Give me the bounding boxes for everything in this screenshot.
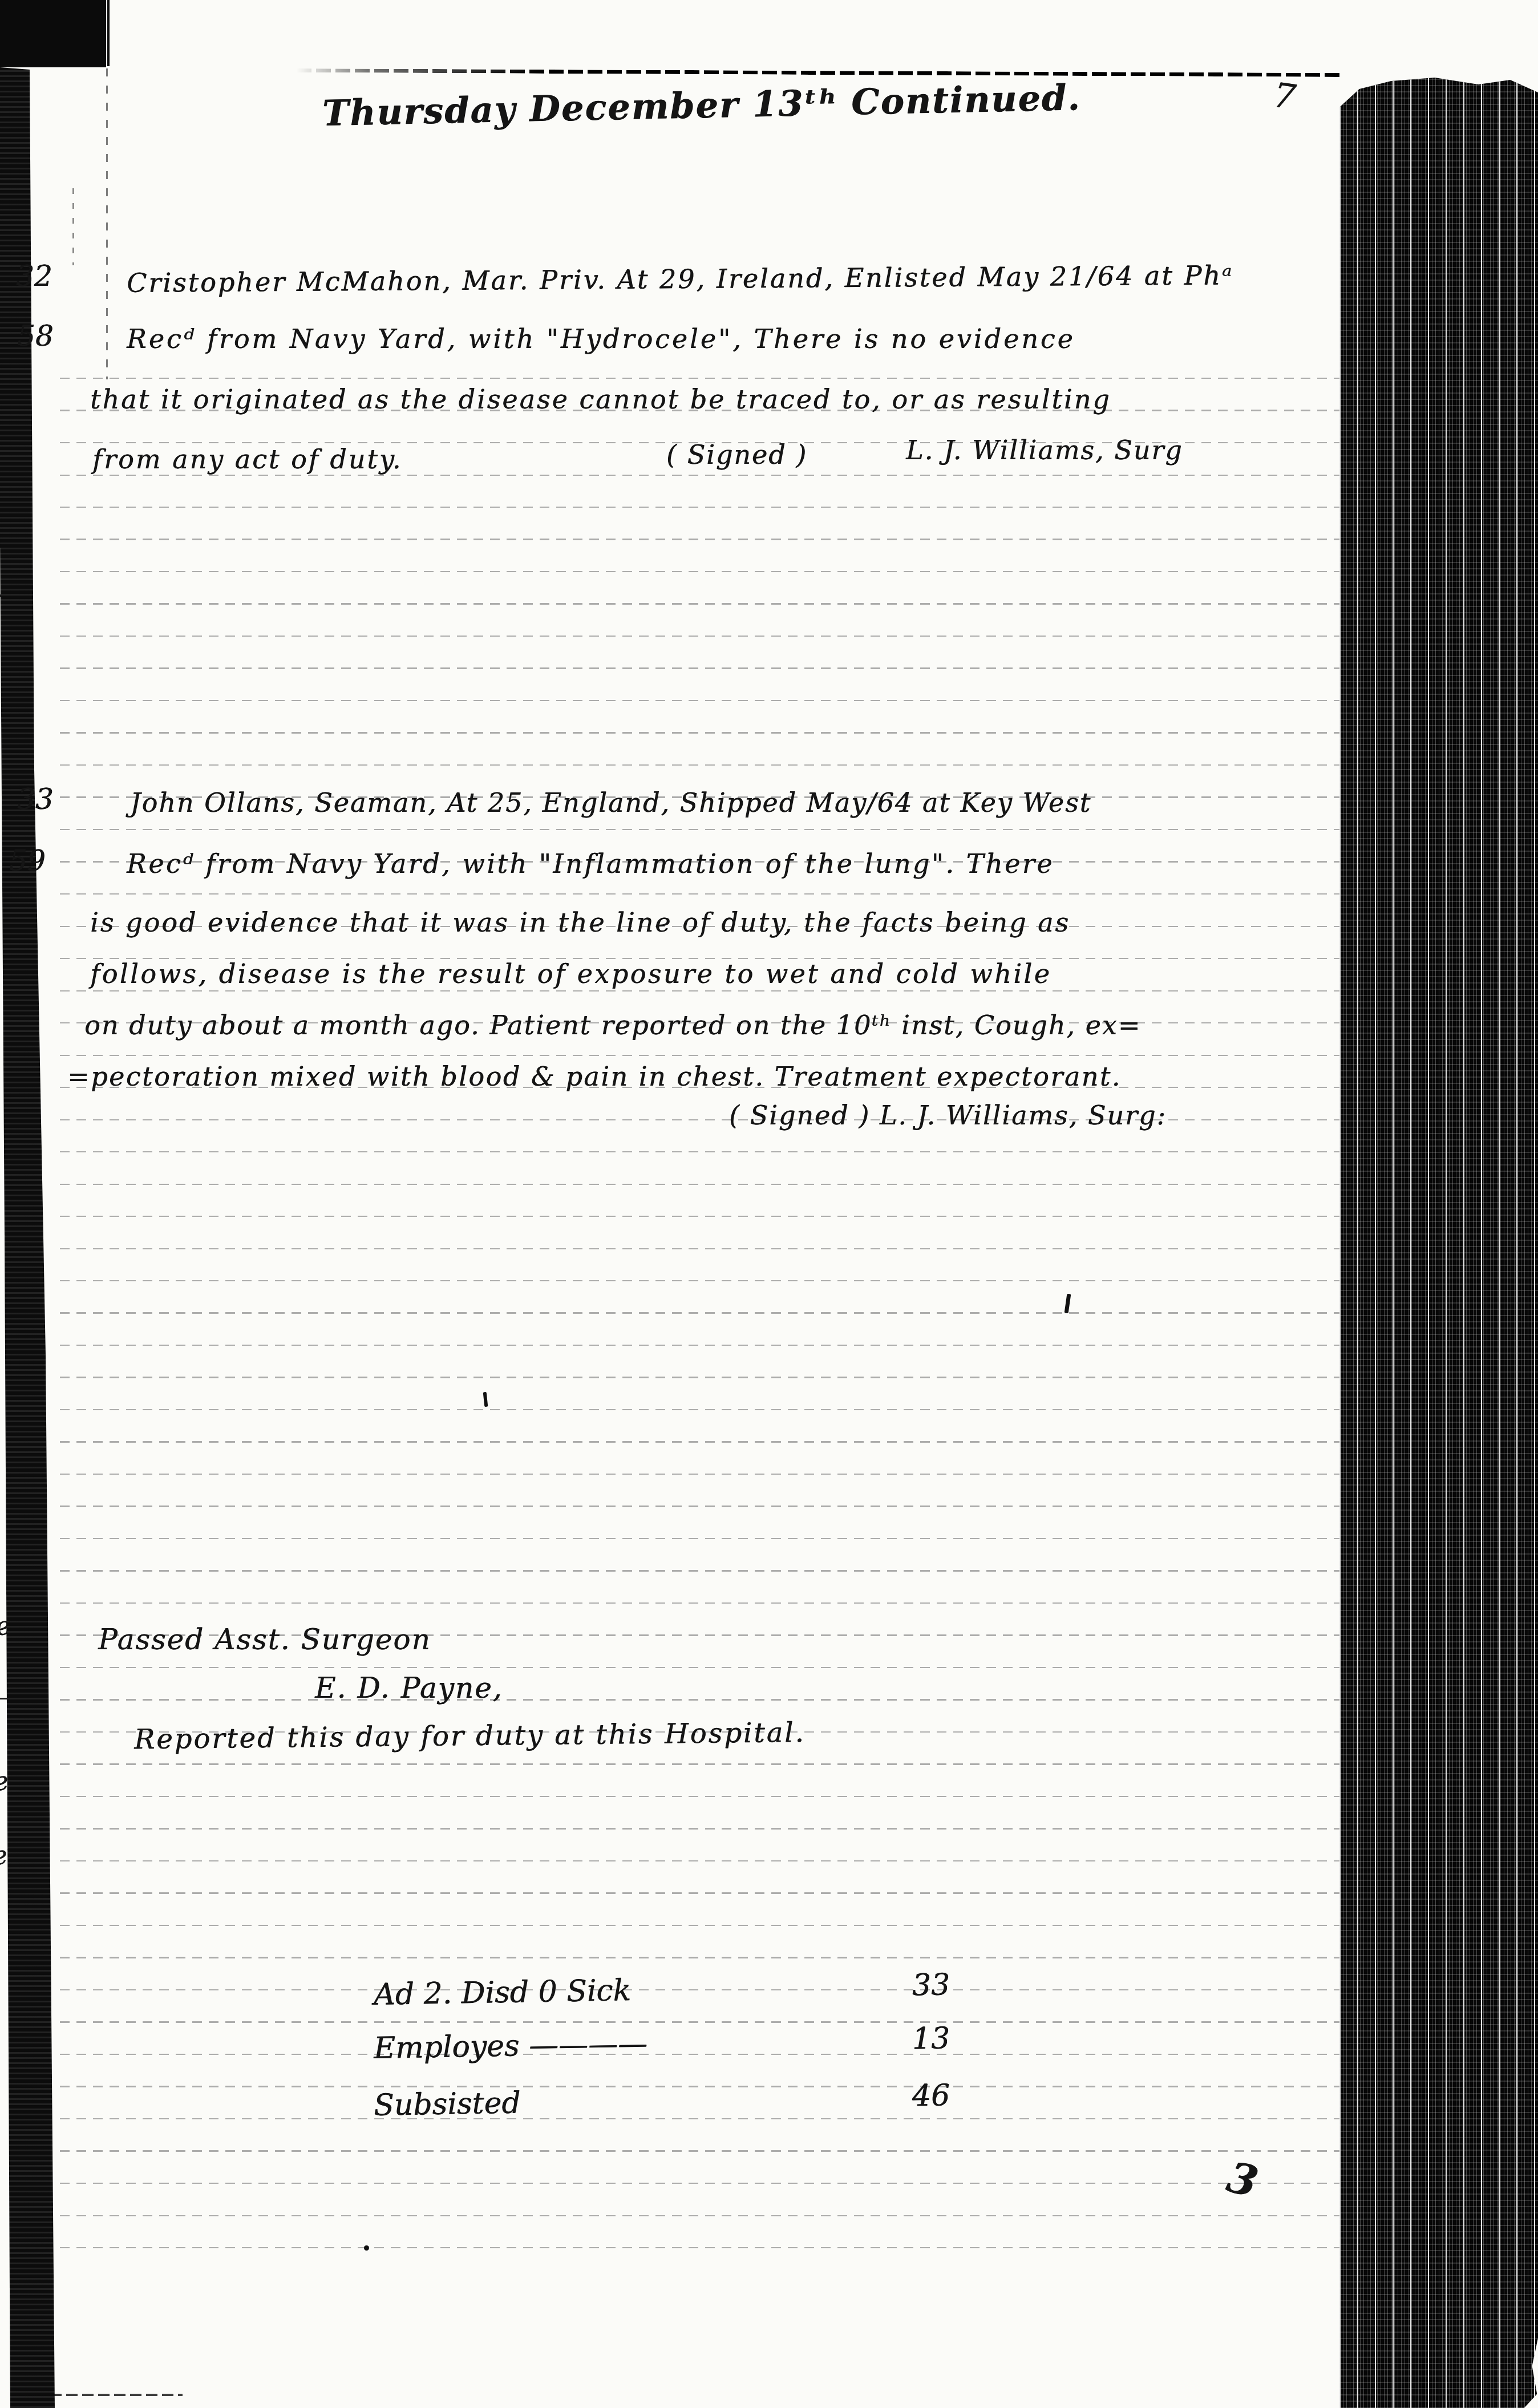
page-top-edge: [297, 68, 1341, 77]
entry-1-line-3: that it originated as the disease cannot…: [90, 384, 1111, 415]
entry-2-line-3: is good evidence that it was in the line…: [90, 907, 1070, 938]
entry-1-ledger-number: 58: [17, 319, 54, 353]
scanned-ledger-page: Thursday December 13ᵗʰ Continued. 7 32 5…: [0, 0, 1538, 2408]
totals-row-1-value: 33: [912, 1968, 950, 2002]
margin-rule-line: [106, 68, 108, 379]
scan-corner-line: [107, 0, 110, 66]
totals-row-2-label: Employes ————: [374, 2026, 648, 2065]
entry-2-case-number: 33: [17, 783, 54, 816]
margin-rule-line-short: [72, 188, 74, 265]
entry-2-signature-line: ( Signed ) L. J. Williams, Surg:: [729, 1100, 1167, 1131]
entry-2-line-1: John Ollans, Seaman, At 25, England, Shi…: [130, 787, 1091, 818]
book-fore-edge-pages: [1339, 78, 1538, 2408]
entry-2-line-5: on duty about a month ago. Patient repor…: [84, 1010, 1141, 1041]
scan-corner-shadow: [0, 0, 106, 67]
totals-row-3-value: 46: [912, 2078, 950, 2113]
page-number: 7: [1270, 75, 1298, 118]
totals-row-3-label: Subsisted: [374, 2086, 521, 2122]
entry-2-line-6: =pectoration mixed with blood & pain in …: [67, 1061, 1122, 1092]
totals-row-2-value: 13: [912, 2021, 950, 2056]
page-bottom-edge: [34, 2394, 183, 2396]
note-line-2: E. D. Payne,: [315, 1672, 503, 1705]
book-binding-shadow: [0, 67, 55, 2408]
entry-1-signature: L. J. Williams, Surg: [906, 435, 1183, 466]
page-heading-date: Thursday December 13ᵗʰ Continued.: [322, 76, 1081, 134]
entry-1-line-1: Cristopher McMahon, Mar. Priv. At 29, Ir…: [127, 260, 1233, 298]
note-line-1: Passed Asst. Surgeon: [98, 1623, 431, 1656]
entry-1-signed-label: ( Signed ): [666, 439, 807, 470]
ink-speck: [364, 2245, 369, 2251]
entry-2-line-2: Recᵈ from Navy Yard, with "Inflammation …: [127, 848, 1054, 879]
totals-row-1-label: Ad 2. Disd 0 Sick: [374, 1973, 632, 2012]
entry-1-line-4: from any act of duty.: [92, 444, 402, 475]
entry-2-line-4: follows, disease is the result of exposu…: [90, 958, 1051, 989]
entry-1-line-2: Recᵈ from Navy Yard, with "Hydrocele", T…: [127, 323, 1075, 354]
entry-1-case-number: 32: [16, 260, 52, 293]
entry-2-ledger-number: 59: [9, 844, 46, 877]
